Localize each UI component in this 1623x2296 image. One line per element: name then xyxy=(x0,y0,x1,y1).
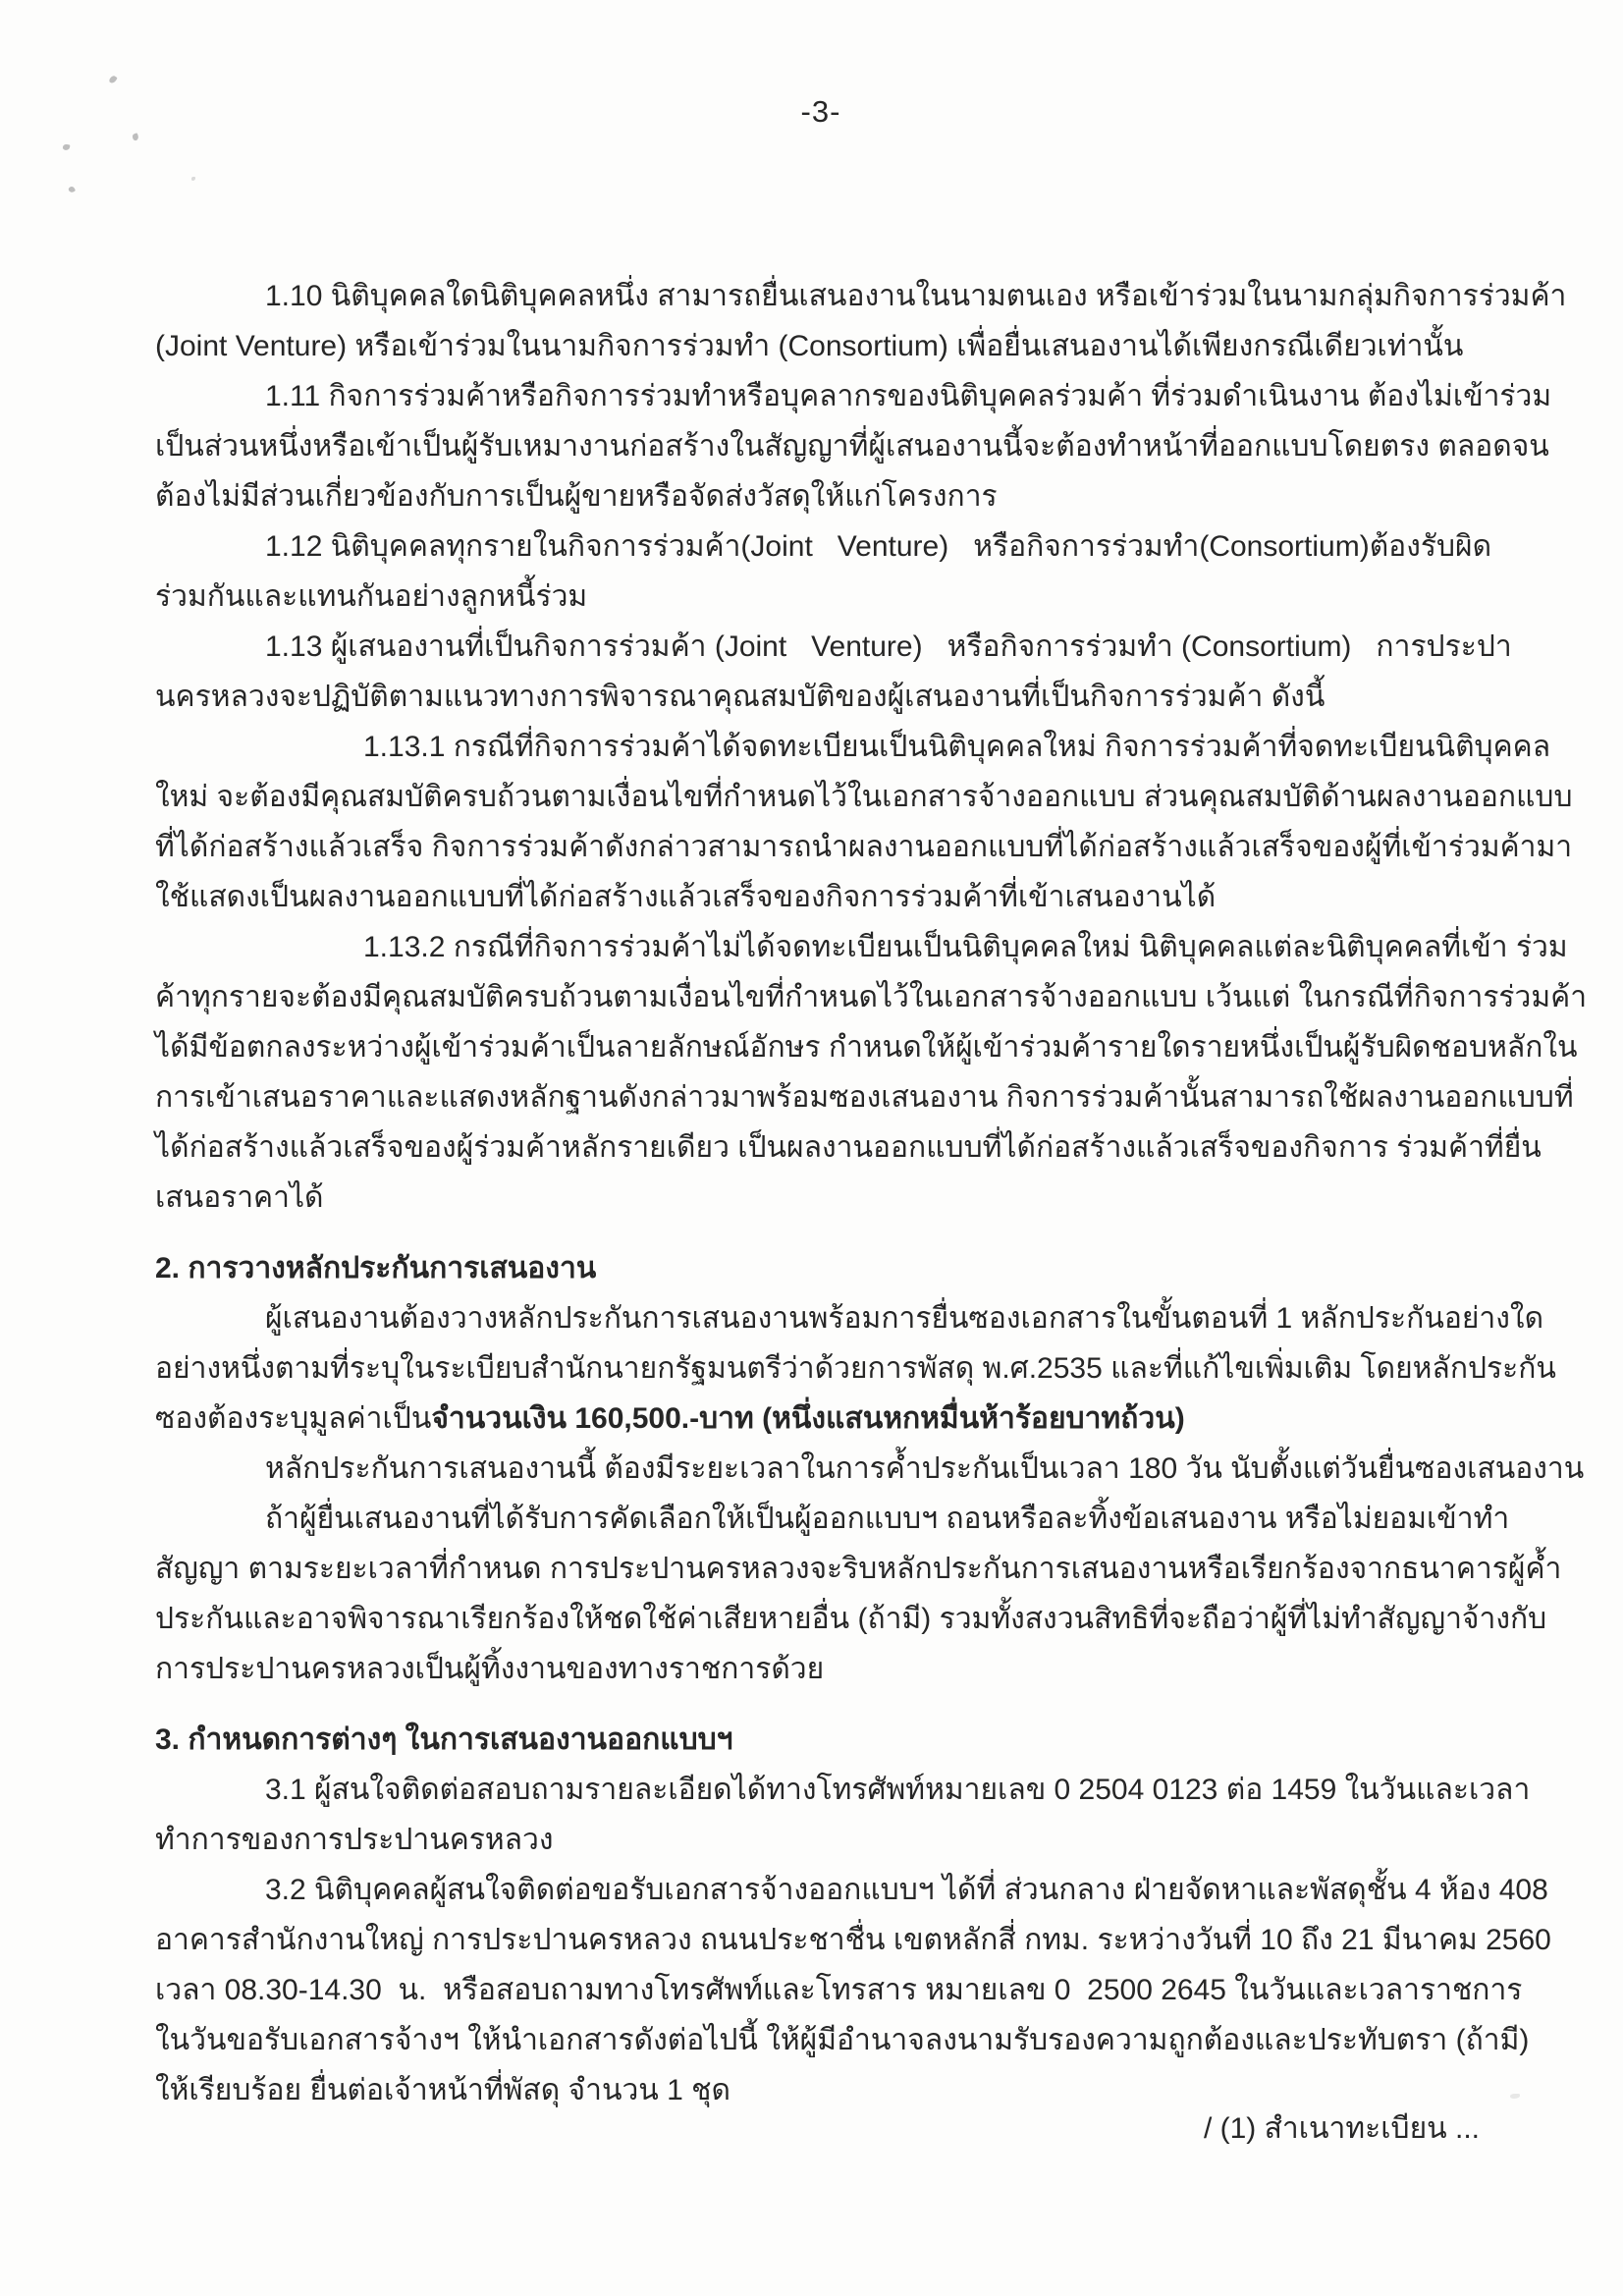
text-line: เป็นส่วนหนึ่งหรือเข้าเป็นผู้รับเหมางานก่… xyxy=(155,421,1500,471)
text-line: อาคารสำนักงานใหญ่ การประปานครหลวง ถนนประ… xyxy=(155,1915,1500,1965)
document-page: -3- 1.10 นิติบุคคลใดนิติบุคคลหนึ่ง สามาร… xyxy=(0,0,1623,2296)
clause-1-11: 1.11 กิจการร่วมค้าหรือกิจการร่วมทำหรือบุ… xyxy=(155,371,1500,521)
scan-speck xyxy=(1510,2094,1520,2099)
text-line: ในวันขอรับเอกสารจ้างฯ ให้นำเอกสารดังต่อไ… xyxy=(155,2015,1500,2065)
text-line: ซองต้องระบุมูลค่าเป็นจำนวนเงิน 160,500.-… xyxy=(155,1394,1500,1444)
text-line: ผู้เสนองานต้องวางหลักประกันการเสนองานพร้… xyxy=(155,1293,1500,1343)
text-line: ร่วมกันและแทนกันอย่างลูกหนี้ร่วม xyxy=(155,572,1500,622)
text-line: 1.11 กิจการร่วมค้าหรือกิจการร่วมทำหรือบุ… xyxy=(155,371,1500,421)
text-line: หลักประกันการเสนองานนี้ ต้องมีระยะเวลาใน… xyxy=(155,1444,1500,1494)
text-line: นครหลวงจะปฏิบัติตามแนวทางการพิจารณาคุณสม… xyxy=(155,672,1500,722)
text-line: สัญญา ตามระยะเวลาที่กำหนด การประปานครหลว… xyxy=(155,1544,1500,1594)
text-line: ใหม่ จะต้องมีคุณสมบัติครบถ้วนตามเงื่อนไข… xyxy=(155,772,1500,822)
text-line: 1.13.1 กรณีที่กิจการร่วมค้าได้จดทะเบียนเ… xyxy=(155,722,1500,772)
document-body: 1.10 นิติบุคคลใดนิติบุคคลหนึ่ง สามารถยื่… xyxy=(155,271,1500,2115)
text-line: ได้มีข้อตกลงระหว่างผู้เข้าร่วมค้าเป็นลาย… xyxy=(155,1022,1500,1072)
clause-1-13-2: 1.13.2 กรณีที่กิจการร่วมค้าไม่ได้จดทะเบี… xyxy=(155,922,1500,1223)
text-line: เวลา 08.30-14.30 น. หรือสอบถามทางโทรศัพท… xyxy=(155,1965,1500,2015)
section-2-heading: 2. การวางหลักประกันการเสนองาน xyxy=(155,1243,1500,1293)
text-line: อย่างหนึ่งตามที่ระบุในระเบียบสำนักนายกรั… xyxy=(155,1343,1500,1394)
clause-3-1: 3.1 ผู้สนใจติดต่อสอบถามรายละเอียดได้ทางโ… xyxy=(155,1765,1500,1865)
text-line: 1.13.2 กรณีที่กิจการร่วมค้าไม่ได้จดทะเบี… xyxy=(155,922,1500,972)
text-line: การเข้าเสนอราคาและแสดงหลักฐานดังกล่าวมาพ… xyxy=(155,1072,1500,1122)
text-line: ต้องไม่มีส่วนเกี่ยวข้องกับการเป็นผู้ขายห… xyxy=(155,471,1500,521)
text-line: เสนอราคาได้ xyxy=(155,1173,1500,1223)
section-2-para-2: หลักประกันการเสนองานนี้ ต้องมีระยะเวลาใน… xyxy=(155,1444,1500,1494)
text-line: ใช้แสดงเป็นผลงานออกแบบที่ได้ก่อสร้างแล้ว… xyxy=(155,872,1500,922)
clause-1-13: 1.13 ผู้เสนองานที่เป็นกิจการร่วมค้า (Joi… xyxy=(155,622,1500,722)
text-line: 1.10 นิติบุคคลใดนิติบุคคลหนึ่ง สามารถยื่… xyxy=(155,271,1500,321)
text-line: 1.13 ผู้เสนองานที่เป็นกิจการร่วมค้า (Joi… xyxy=(155,622,1500,672)
scan-speck xyxy=(132,133,139,141)
text-line: (Joint Venture) หรือเข้าร่วมในนามกิจการร… xyxy=(155,321,1500,371)
scan-speck xyxy=(191,177,195,181)
clause-1-12: 1.12 นิติบุคคลทุกรายในกิจการร่วมค้า(Join… xyxy=(155,521,1500,622)
clause-1-10: 1.10 นิติบุคคลใดนิติบุคคลหนึ่ง สามารถยื่… xyxy=(155,271,1500,371)
guarantee-amount: จำนวนเงิน 160,500.-บาท (หนึ่งแสนหกหมื่นห… xyxy=(431,1402,1184,1435)
text-line: 3.2 นิติบุคคลผู้สนใจติดต่อขอรับเอกสารจ้า… xyxy=(155,1865,1500,1915)
text-line: การประปานครหลวงเป็นผู้ทิ้งงานของทางราชกา… xyxy=(155,1644,1500,1694)
text-line: 3.1 ผู้สนใจติดต่อสอบถามรายละเอียดได้ทางโ… xyxy=(155,1765,1500,1815)
continuation-note: / (1) สำเนาทะเบียน ... xyxy=(1204,2104,1480,2154)
text-line: ที่ได้ก่อสร้างแล้วเสร็จ กิจการร่วมค้าดัง… xyxy=(155,822,1500,872)
page-number: -3- xyxy=(0,94,1623,130)
text-line: ได้ก่อสร้างแล้วเสร็จของผู้ร่วมค้าหลักราย… xyxy=(155,1122,1500,1173)
clause-1-13-1: 1.13.1 กรณีที่กิจการร่วมค้าได้จดทะเบียนเ… xyxy=(155,722,1500,922)
section-3-heading: 3. กำหนดการต่างๆ ในการเสนองานออกแบบฯ xyxy=(155,1715,1500,1765)
scan-speck xyxy=(108,75,118,84)
guarantee-lead-text: ซองต้องระบุมูลค่าเป็น xyxy=(155,1402,431,1435)
text-line: ค้าทุกรายจะต้องมีคุณสมบัติครบถ้วนตามเงื่… xyxy=(155,972,1500,1022)
clause-3-2: 3.2 นิติบุคคลผู้สนใจติดต่อขอรับเอกสารจ้า… xyxy=(155,1865,1500,2115)
text-line: 1.12 นิติบุคคลทุกรายในกิจการร่วมค้า(Join… xyxy=(155,521,1500,572)
text-line: ทำการของการประปานครหลวง xyxy=(155,1815,1500,1865)
text-line: ประกันและอาจพิจารณาเรียกร้องให้ชดใช้ค่าเ… xyxy=(155,1594,1500,1644)
scan-speck xyxy=(68,186,76,193)
section-2-para-3: ถ้าผู้ยื่นเสนองานที่ได้รับการคัดเลือกให้… xyxy=(155,1494,1500,1694)
text-line: ถ้าผู้ยื่นเสนองานที่ได้รับการคัดเลือกให้… xyxy=(155,1494,1500,1544)
scan-speck xyxy=(63,143,71,150)
section-2-para-1: ผู้เสนองานต้องวางหลักประกันการเสนองานพร้… xyxy=(155,1293,1500,1444)
